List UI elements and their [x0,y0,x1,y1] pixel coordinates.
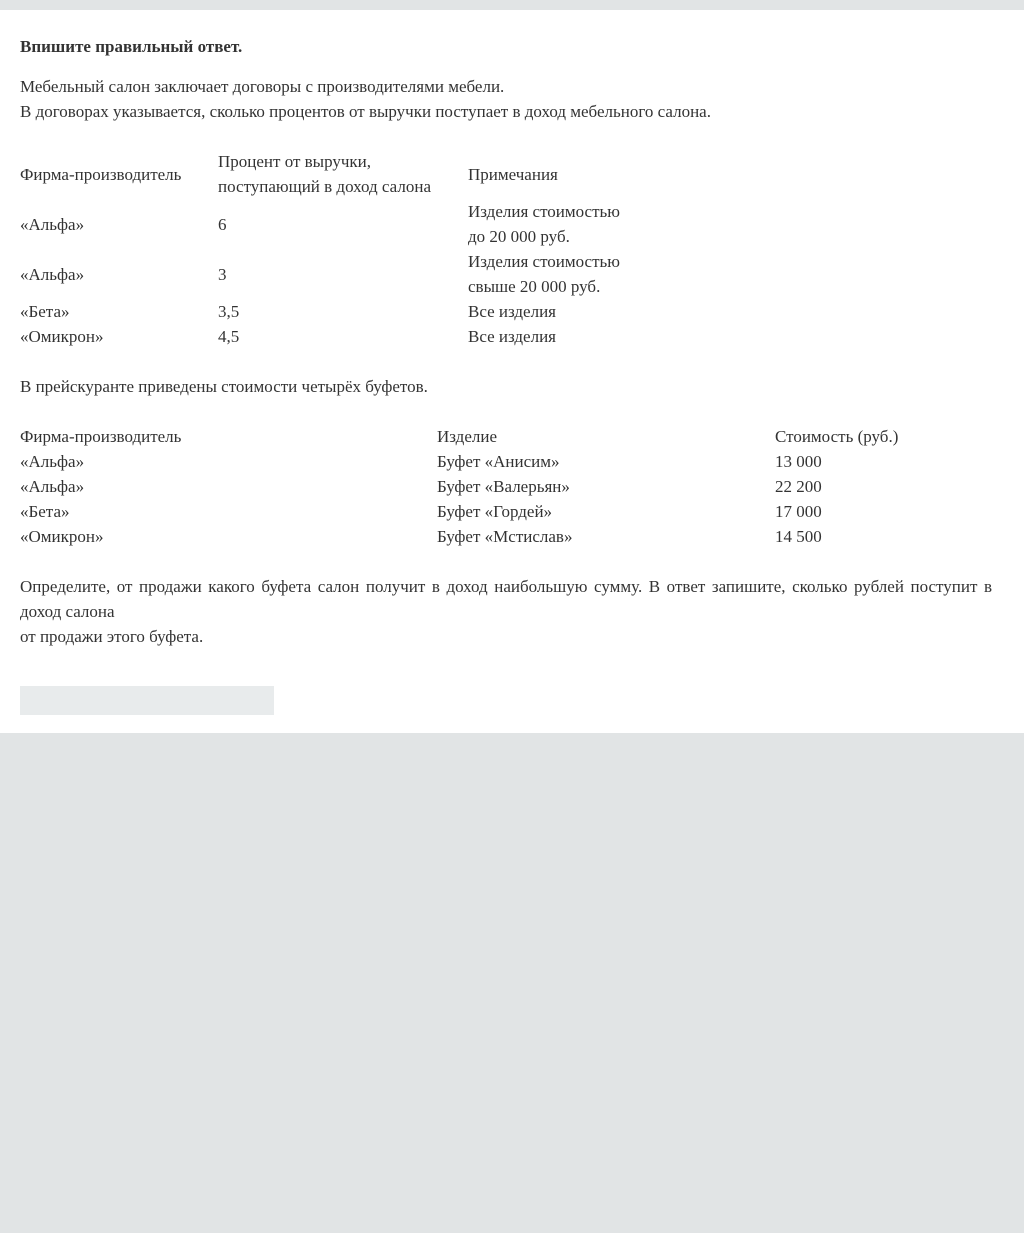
table-row: «Омикрон» 4,5 Все изделия [20,324,620,349]
cell-percent: 3 [218,249,468,299]
header-product: Изделие [437,424,775,449]
note-line-1: Изделия стоимостью [468,202,620,221]
question-line-1: Определите, от продажи какого буфета сал… [20,577,992,621]
intro-line-1: Мебельный салон заключает договоры с про… [20,77,504,96]
cell-firm: «Бета» [20,499,437,524]
cell-product: Буфет «Валерьян» [437,474,775,499]
price-table: Фирма-производитель Изделие Стоимость (р… [20,424,992,549]
task-card: Впишите правильный ответ. Мебельный сало… [0,10,1024,733]
task-intro: Мебельный салон заключает договоры с про… [20,74,992,124]
cell-product: Буфет «Мстислав» [437,524,775,549]
cell-price: 17 000 [775,499,992,524]
task-question: Определите, от продажи какого буфета сал… [20,574,992,649]
cell-firm: «Альфа» [20,474,437,499]
cell-percent: 4,5 [218,324,468,349]
table-row: «Альфа» Буфет «Анисим» 13 000 [20,449,992,474]
cell-percent: 6 [218,199,468,249]
task-instruction: Впишите правильный ответ. [20,34,992,59]
cell-product: Буфет «Гордей» [437,499,775,524]
contracts-table: Фирма-производитель Процент от выручки, … [20,149,620,349]
header-percent-line-2: поступающий в доход салона [218,177,431,196]
header-firm: Фирма-производитель [20,149,218,199]
cell-price: 22 200 [775,474,992,499]
intro-line-2: В договорах указывается, сколько процент… [20,102,711,121]
cell-firm: «Альфа» [20,199,218,249]
cell-firm: «Омикрон» [20,524,437,549]
cell-price: 13 000 [775,449,992,474]
cell-note: Изделия стоимостью свыше 20 000 руб. [468,249,620,299]
cell-note: Изделия стоимостью до 20 000 руб. [468,199,620,249]
cell-firm: «Альфа» [20,449,437,474]
table-row: «Альфа» Буфет «Валерьян» 22 200 [20,474,992,499]
cell-note: Все изделия [468,299,620,324]
note-line-2: свыше 20 000 руб. [468,277,600,296]
answer-input[interactable] [20,686,274,715]
cell-firm: «Альфа» [20,249,218,299]
cell-note: Все изделия [468,324,620,349]
table-header-row: Фирма-производитель Изделие Стоимость (р… [20,424,992,449]
note-line-1: Изделия стоимостью [468,252,620,271]
table-header-row: Фирма-производитель Процент от выручки, … [20,149,620,199]
table-row: «Альфа» 3 Изделия стоимостью свыше 20 00… [20,249,620,299]
note-line-2: до 20 000 руб. [468,227,570,246]
header-firm: Фирма-производитель [20,424,437,449]
price-list-intro: В прейскуранте приведены стоимости четыр… [20,374,992,399]
header-notes: Примечания [468,149,620,199]
question-line-2: от продажи этого буфета. [20,627,203,646]
cell-percent: 3,5 [218,299,468,324]
table-row: «Омикрон» Буфет «Мстислав» 14 500 [20,524,992,549]
header-percent: Процент от выручки, поступающий в доход … [218,149,468,199]
cell-firm: «Омикрон» [20,324,218,349]
header-price: Стоимость (руб.) [775,424,992,449]
table-row: «Альфа» 6 Изделия стоимостью до 20 000 р… [20,199,620,249]
table-row: «Бета» Буфет «Гордей» 17 000 [20,499,992,524]
cell-product: Буфет «Анисим» [437,449,775,474]
cell-price: 14 500 [775,524,992,549]
cell-firm: «Бета» [20,299,218,324]
table-row: «Бета» 3,5 Все изделия [20,299,620,324]
header-percent-line-1: Процент от выручки, [218,152,371,171]
